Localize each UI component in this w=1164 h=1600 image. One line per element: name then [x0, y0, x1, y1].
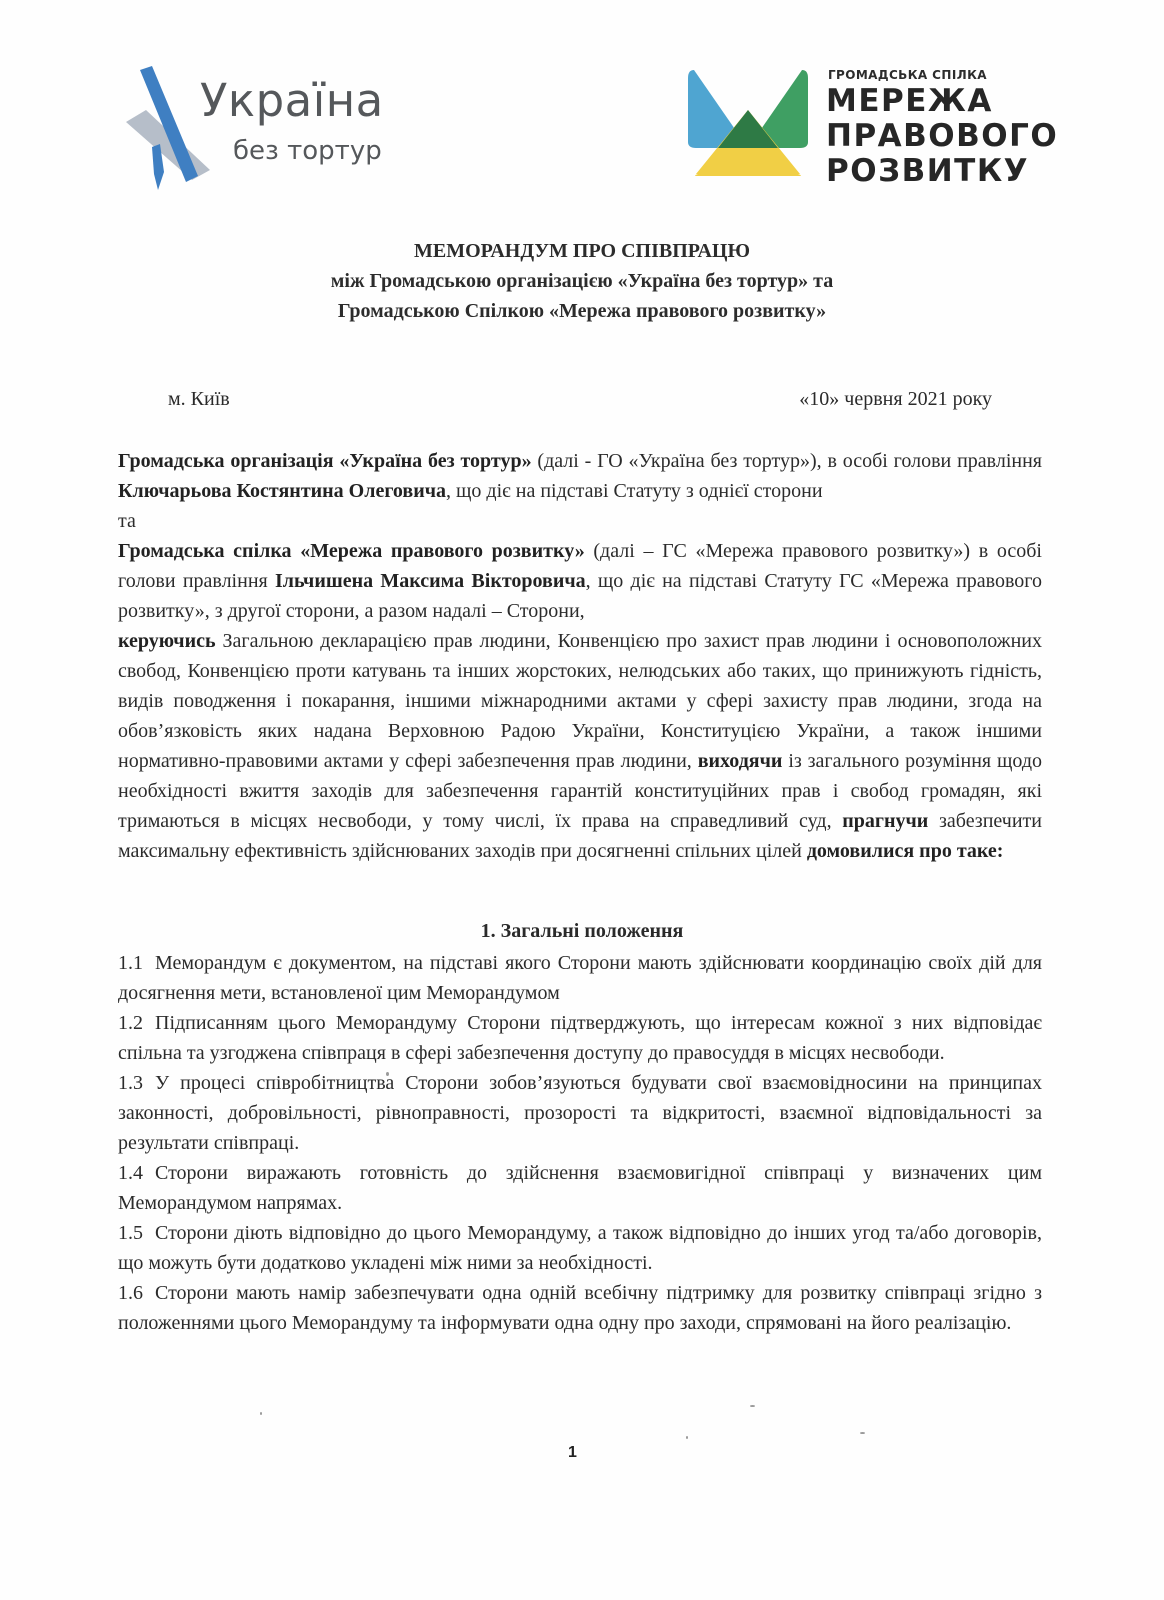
clause-1-6: 1.6Сторони мають намір забезпечувати одн…: [118, 1278, 1042, 1338]
keyword-guided: керуючись: [118, 630, 216, 652]
scan-speck: [260, 1412, 262, 1415]
clause-1-2: 1.2Підписанням цього Меморандуму Сторони…: [118, 1008, 1042, 1068]
clause-text: Сторони діють відповідно до цього Мемора…: [118, 1222, 1042, 1274]
title-line-2: між Громадською організацією «Україна бе…: [0, 266, 1164, 296]
scan-speck: [860, 1432, 865, 1434]
section-1-heading: 1. Загальні положення: [0, 920, 1164, 943]
clause-text: Сторони виражають готовність до здійснен…: [118, 1162, 1042, 1214]
clause-number: 1.1: [118, 952, 143, 974]
party-2-representative: Ільчишена Максима Вікторовича: [275, 570, 586, 592]
party-2-name: Громадська спілка «Мережа правового розв…: [118, 540, 585, 562]
document-city: м. Київ: [168, 388, 230, 411]
conjunction: та: [118, 506, 1042, 536]
keyword-agreed: домовилися про таке:: [807, 840, 1004, 862]
logo-right-caption: ГРОМАДСЬКА СПІЛКА: [828, 68, 987, 82]
clause-number: 1.3: [118, 1072, 143, 1094]
clause-text: Сторони мають намір забезпечувати одна о…: [118, 1282, 1042, 1334]
clause-text: Підписанням цього Меморандуму Сторони пі…: [118, 1012, 1042, 1064]
clause-number: 1.2: [118, 1012, 143, 1034]
logo-right-line3: РОЗВИТКУ: [826, 154, 1029, 188]
document-title: МЕМОРАНДУМ ПРО СПІВПРАЦЮ між Громадською…: [0, 236, 1164, 326]
logo-right-line1: МЕРЕЖА: [826, 84, 993, 118]
clause-text: У процесі співробітництва Сторони зобов’…: [118, 1072, 1042, 1154]
clause-text: Меморандум є документом, на підставі яко…: [118, 952, 1042, 1004]
clause-number: 1.4: [118, 1162, 143, 1184]
scan-speck: [750, 1405, 755, 1407]
page-number: 1: [568, 1444, 577, 1462]
party-1-paragraph: Громадська організація «Україна без торт…: [118, 446, 1042, 506]
preamble: Громадська організація «Україна без торт…: [118, 446, 1042, 866]
clause-1-1: 1.1Меморандум є документом, на підставі …: [118, 948, 1042, 1008]
party-2-paragraph: Громадська спілка «Мережа правового розв…: [118, 536, 1042, 626]
logo-left-subtitle: без тортур: [233, 136, 382, 166]
clause-1-3: 1.3У процесі співробітництва Сторони зоб…: [118, 1068, 1042, 1158]
purpose-paragraph: керуючись Загальною декларацією прав люд…: [118, 626, 1042, 866]
party-1-name: Громадська організація «Україна без торт…: [118, 450, 532, 472]
m-shape-logo-icon: [688, 66, 808, 176]
title-line-1: МЕМОРАНДУМ ПРО СПІВПРАЦЮ: [0, 236, 1164, 266]
logo-legal-development-network: ГРОМАДСЬКА СПІЛКА МЕРЕЖА ПРАВОВОГО РОЗВИ…: [688, 66, 1048, 196]
logo-left-title: Україна: [200, 74, 384, 127]
document-page: Україна без тортур ГРОМАДСЬКА СПІЛКА МЕР…: [0, 0, 1164, 1600]
keyword-striving: прагнучи: [842, 810, 928, 832]
clause-1-5: 1.5Сторони діють відповідно до цього Мем…: [118, 1218, 1042, 1278]
party-1-text-b: , що діє на підставі Статуту з однієї ст…: [446, 480, 823, 502]
section-1-clauses: 1.1Меморандум є документом, на підставі …: [118, 948, 1042, 1338]
scan-speck: [686, 1436, 688, 1439]
clause-number: 1.5: [118, 1222, 143, 1244]
clause-number: 1.6: [118, 1282, 143, 1304]
party-1-representative: Ключарьова Костянтина Олеговича: [118, 480, 446, 502]
logo-right-line2: ПРАВОВОГО: [826, 119, 1058, 153]
party-1-text-a: (далі - ГО «Україна без тортур»), в особ…: [532, 450, 1042, 472]
clause-1-4: 1.4Сторони виражають готовність до здійс…: [118, 1158, 1042, 1218]
scan-speck: [386, 1072, 389, 1076]
keyword-proceeding: виходячи: [698, 750, 783, 772]
logo-ukraine-without-torture: Україна без тортур: [118, 62, 408, 207]
title-line-3: Громадською Спілкою «Мережа правового ро…: [0, 296, 1164, 326]
document-date: «10» червня 2021 року: [799, 388, 992, 411]
